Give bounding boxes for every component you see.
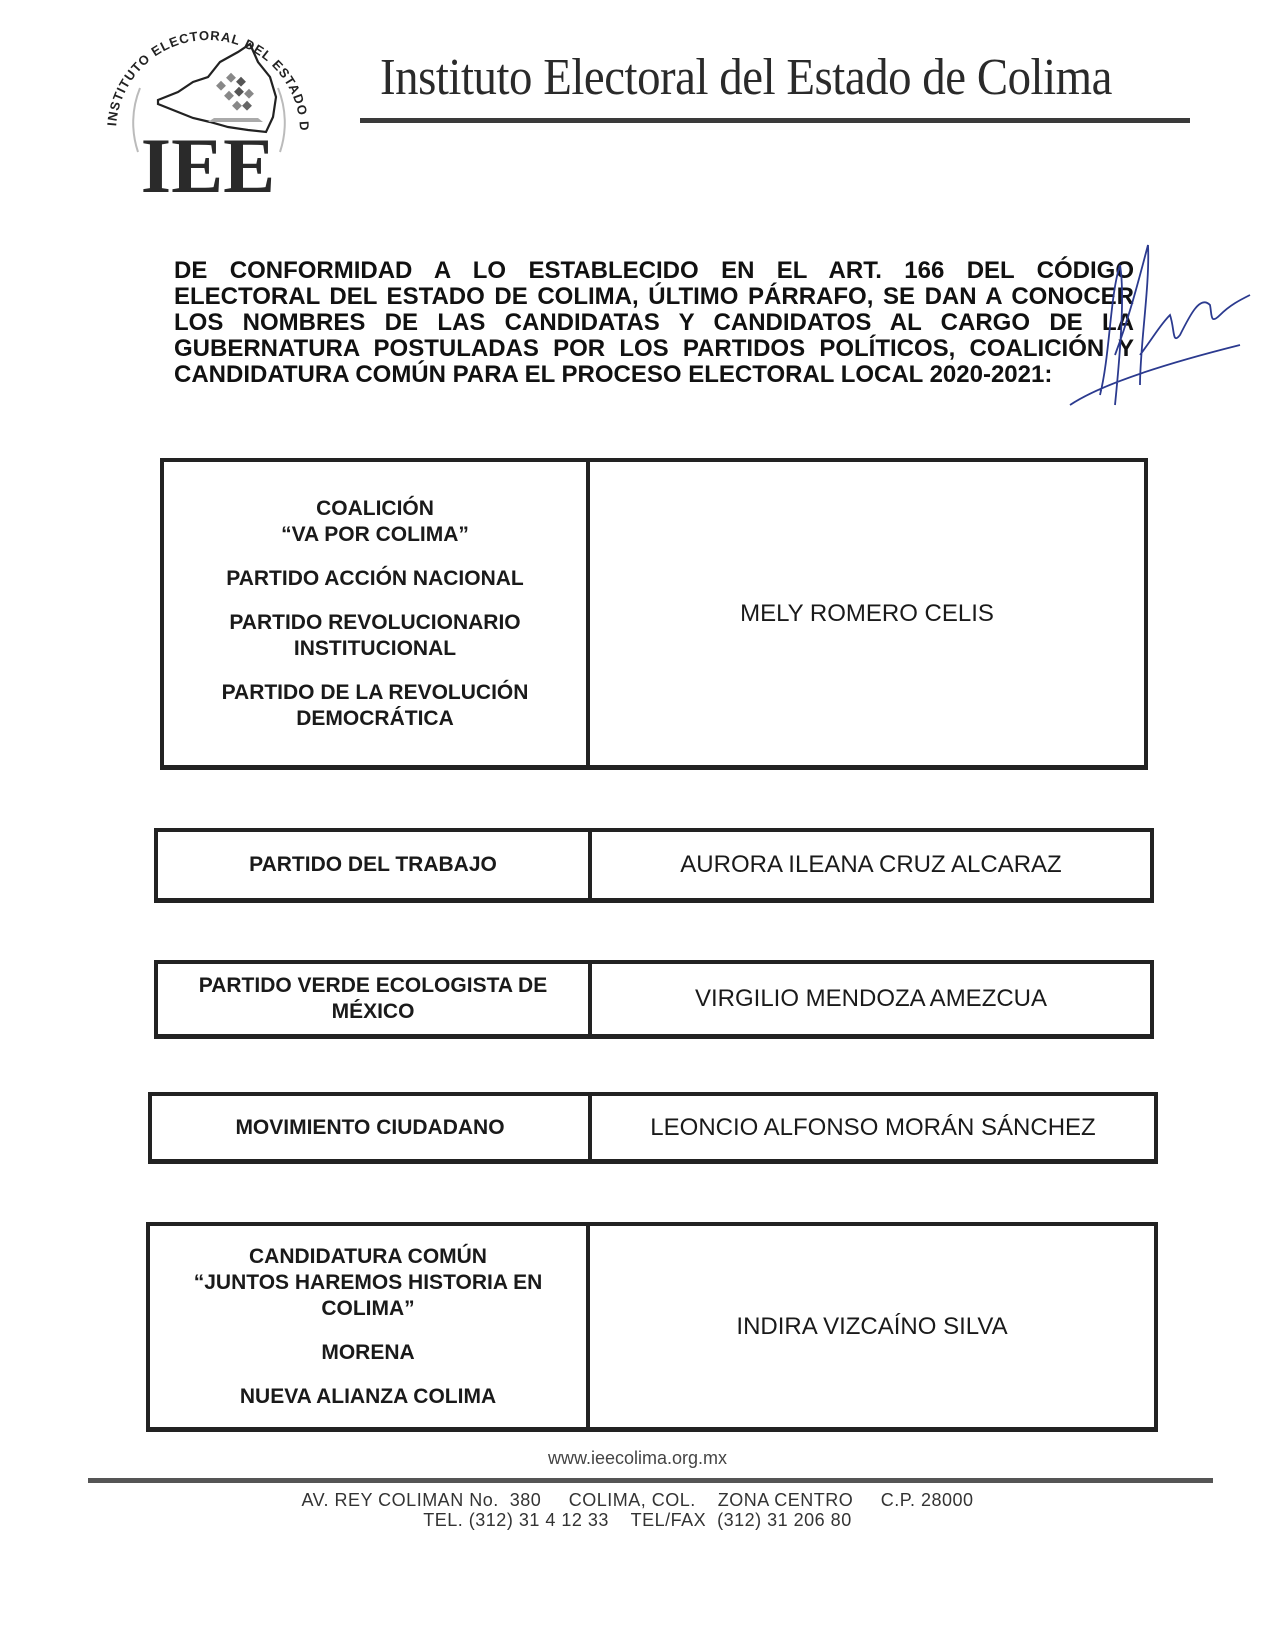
party-name: PARTIDO VERDE ECOLOGISTA DE — [199, 973, 547, 999]
party-name: COALICIÓN — [281, 496, 469, 522]
candidate-name: VIRGILIO MENDOZA AMEZCUA — [592, 964, 1150, 1034]
party-name: PARTIDO DEL TRABAJO — [249, 852, 497, 878]
logo-text: IEE — [141, 122, 275, 202]
party-group: CANDIDATURA COMÚN “JUNTOS HAREMOS HISTOR… — [194, 1244, 543, 1322]
intro-line: LOS NOMBRES DE LAS CANDIDATAS Y CANDIDAT… — [174, 310, 1134, 336]
party-name: DEMOCRÁTICA — [222, 706, 529, 732]
iee-logo-icon: INSTITUTO ELECTORAL DEL ESTADO DE COLIMA… — [98, 22, 318, 202]
address-line: AV. REY COLIMAN No. 380 COLIMA, COL. ZON… — [0, 1490, 1275, 1511]
intro-line: ELECTORAL DEL ESTADO DE COLIMA, ÚLTIMO P… — [174, 284, 1134, 310]
candidate-row: MOVIMIENTO CIUDADANO LEONCIO ALFONSO MOR… — [148, 1092, 1158, 1164]
party-name: NUEVA ALIANZA COLIMA — [240, 1384, 496, 1410]
party-group: PARTIDO DE LA REVOLUCIÓN DEMOCRÁTICA — [222, 680, 529, 732]
coalition-name: “JUNTOS HAREMOS HISTORIA EN — [194, 1270, 543, 1296]
party-name: MORENA — [321, 1340, 414, 1366]
intro-line: DE CONFORMIDAD A LO ESTABLECIDO EN EL AR… — [174, 258, 1134, 284]
party-group: PARTIDO REVOLUCIONARIO INSTITUCIONAL — [229, 610, 520, 662]
party-cell: PARTIDO DEL TRABAJO — [158, 832, 592, 898]
party-group: MORENA — [321, 1340, 414, 1366]
institution-title: Instituto Electoral del Estado de Colima — [380, 48, 1112, 107]
candidate-row: COALICIÓN “VA POR COLIMA” PARTIDO ACCIÓN… — [160, 458, 1148, 770]
party-name: INSTITUCIONAL — [229, 636, 520, 662]
intro-paragraph: DE CONFORMIDAD A LO ESTABLECIDO EN EL AR… — [174, 258, 1134, 388]
candidate-name: LEONCIO ALFONSO MORÁN SÁNCHEZ — [592, 1096, 1154, 1159]
party-cell: PARTIDO VERDE ECOLOGISTA DE MÉXICO — [158, 964, 592, 1034]
candidate-row: CANDIDATURA COMÚN “JUNTOS HAREMOS HISTOR… — [146, 1222, 1158, 1432]
header-divider — [360, 118, 1190, 123]
party-group: PARTIDO ACCIÓN NACIONAL — [226, 566, 524, 592]
candidate-name: AURORA ILEANA CRUZ ALCARAZ — [592, 832, 1150, 898]
party-name: PARTIDO REVOLUCIONARIO — [229, 610, 520, 636]
party-name: MÉXICO — [332, 999, 415, 1025]
candidate-name: MELY ROMERO CELIS — [590, 462, 1144, 765]
intro-line: GUBERNATURA POSTULADAS POR LOS PARTIDOS … — [174, 336, 1134, 362]
coalition-name: “VA POR COLIMA” — [281, 522, 469, 548]
party-cell: MOVIMIENTO CIUDADANO — [152, 1096, 592, 1159]
candidate-row: PARTIDO DEL TRABAJO AURORA ILEANA CRUZ A… — [154, 828, 1154, 903]
footer-divider — [88, 1478, 1213, 1483]
intro-line: CANDIDATURA COMÚN PARA EL PROCESO ELECTO… — [174, 362, 1134, 388]
party-name: PARTIDO DE LA REVOLUCIÓN — [222, 680, 529, 706]
website-link[interactable]: www.ieecolima.org.mx — [0, 1448, 1275, 1469]
party-name: PARTIDO ACCIÓN NACIONAL — [226, 566, 524, 592]
phone-line: TEL. (312) 31 4 12 33 TEL/FAX (312) 31 2… — [0, 1510, 1275, 1531]
party-group: NUEVA ALIANZA COLIMA — [240, 1384, 496, 1410]
coalition-name: COLIMA” — [194, 1296, 543, 1322]
candidate-row: PARTIDO VERDE ECOLOGISTA DE MÉXICO VIRGI… — [154, 960, 1154, 1039]
party-cell: COALICIÓN “VA POR COLIMA” PARTIDO ACCIÓN… — [164, 462, 590, 765]
party-name: MOVIMIENTO CIUDADANO — [235, 1115, 504, 1141]
party-name: CANDIDATURA COMÚN — [194, 1244, 543, 1270]
party-group: COALICIÓN “VA POR COLIMA” — [281, 496, 469, 548]
party-cell: CANDIDATURA COMÚN “JUNTOS HAREMOS HISTOR… — [150, 1226, 590, 1427]
candidate-name: INDIRA VIZCAÍNO SILVA — [590, 1226, 1154, 1427]
